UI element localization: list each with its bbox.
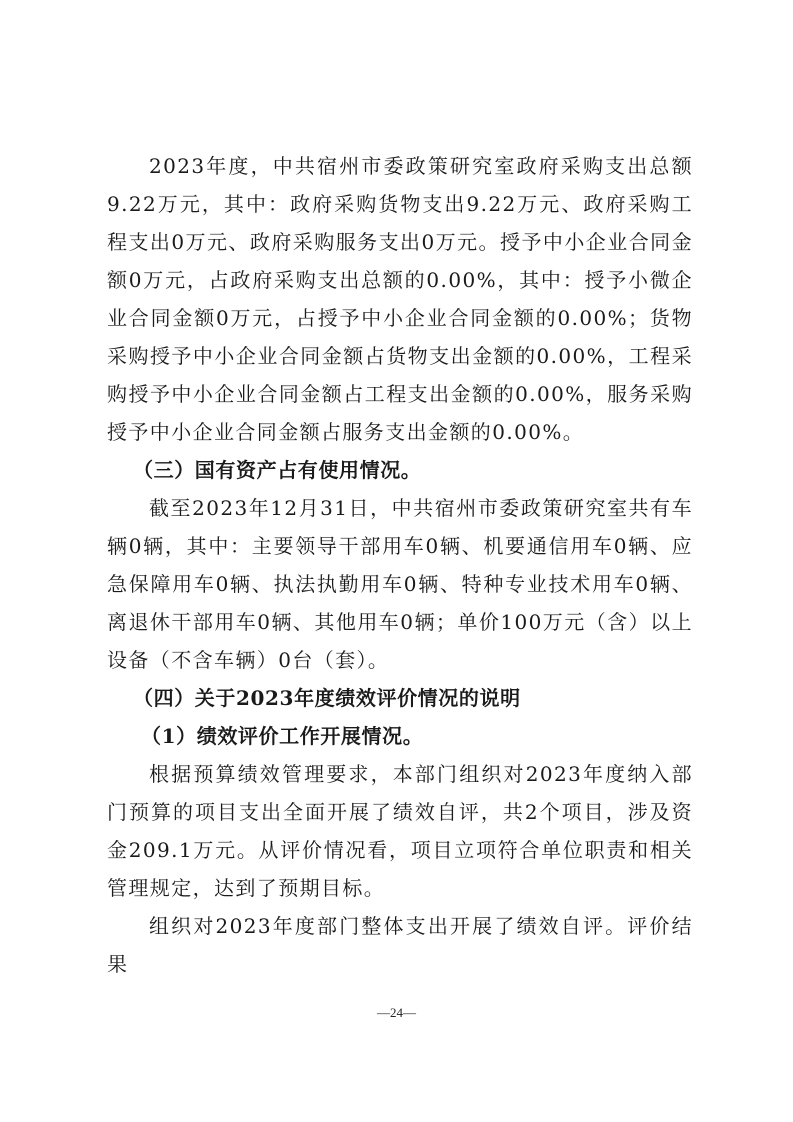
heading-performance-evaluation: （四）关于2023年度绩效评价情况的说明 <box>107 679 693 717</box>
paragraph-overall-evaluation: 组织对2023年度部门整体支出开展了绩效自评。评价结果 <box>107 907 693 983</box>
paragraph-government-procurement: 2023年度，中共宿州市委政策研究室政府采购支出总额9.22万元，其中：政府采购… <box>107 147 693 451</box>
paragraph-state-assets: 截至2023年12月31日，中共宿州市委政策研究室共有车辆0辆，其中：主要领导干… <box>107 489 693 679</box>
page-number: —24— <box>0 1005 793 1021</box>
subheading-evaluation-work: （1）绩效评价工作开展情况。 <box>107 717 693 755</box>
heading-state-assets: （三）国有资产占有使用情况。 <box>107 451 693 489</box>
paragraph-project-evaluation: 根据预算绩效管理要求，本部门组织对2023年度纳入部门预算的项目支出全面开展了绩… <box>107 755 693 907</box>
document-page: 2023年度，中共宿州市委政策研究室政府采购支出总额9.22万元，其中：政府采购… <box>107 147 693 983</box>
